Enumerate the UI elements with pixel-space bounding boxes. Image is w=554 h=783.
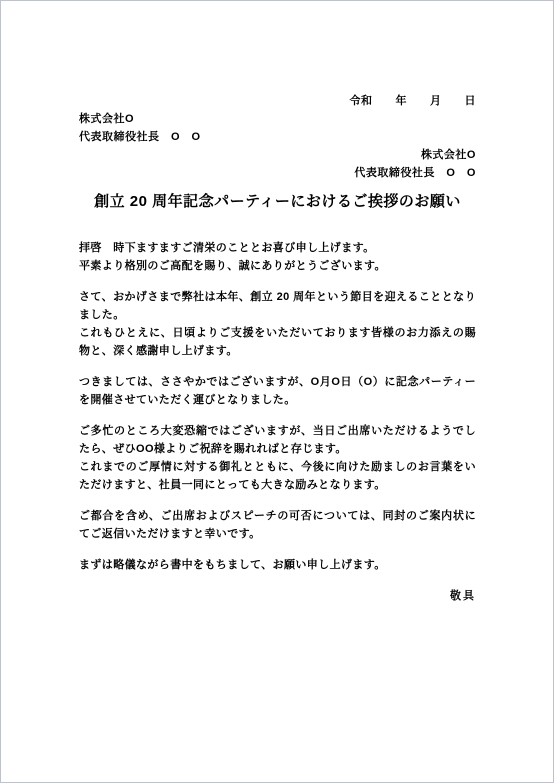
letter-paragraph-party-announcement: つきましては、ささやかではございますが、O月O日（O）に記念パーティーを開催させ… <box>79 373 476 409</box>
sender-person: 代表取締役社長 O O <box>79 164 476 182</box>
recipient-person: 代表取締役社長 O O <box>79 128 476 146</box>
letter-page: 令和 年 月 日 株式会社O 代表取締役社長 O O 株式会社O 代表取締役社長… <box>0 0 554 783</box>
letter-paragraph-greeting: 拝啓 時下ますますご清栄のこととお喜び申し上げます。 平素より格別のご高配を賜り… <box>79 239 476 275</box>
letter-content: 令和 年 月 日 株式会社O 代表取締役社長 O O 株式会社O 代表取締役社長… <box>79 92 476 605</box>
recipient-company: 株式会社O <box>79 110 476 128</box>
date-line: 令和 年 月 日 <box>79 92 476 110</box>
closing-keigu: 敬具 <box>79 587 476 605</box>
sender-company: 株式会社O <box>79 146 476 164</box>
letter-paragraph-speech-request: ご多忙のところ大変恐縮ではございますが、当日ご出席いただけるようでしたら、ぜひO… <box>79 422 476 494</box>
letter-title: 創立 20 周年記念パーティーにおけるご挨拶のお願い <box>79 192 476 212</box>
letter-paragraph-rsvp: ご都合を含め、ご出席およびスピーチの可否については、同封のご案内状にてご返信いた… <box>79 507 476 543</box>
letter-paragraph-final-request: まずは略儀ながら書中をもちまして、お願い申し上げます。 <box>79 556 476 574</box>
letter-paragraph-anniversary: さて、おかげさまで弊社は本年、創立 20 周年という節目を迎えることとなりました… <box>79 288 476 360</box>
